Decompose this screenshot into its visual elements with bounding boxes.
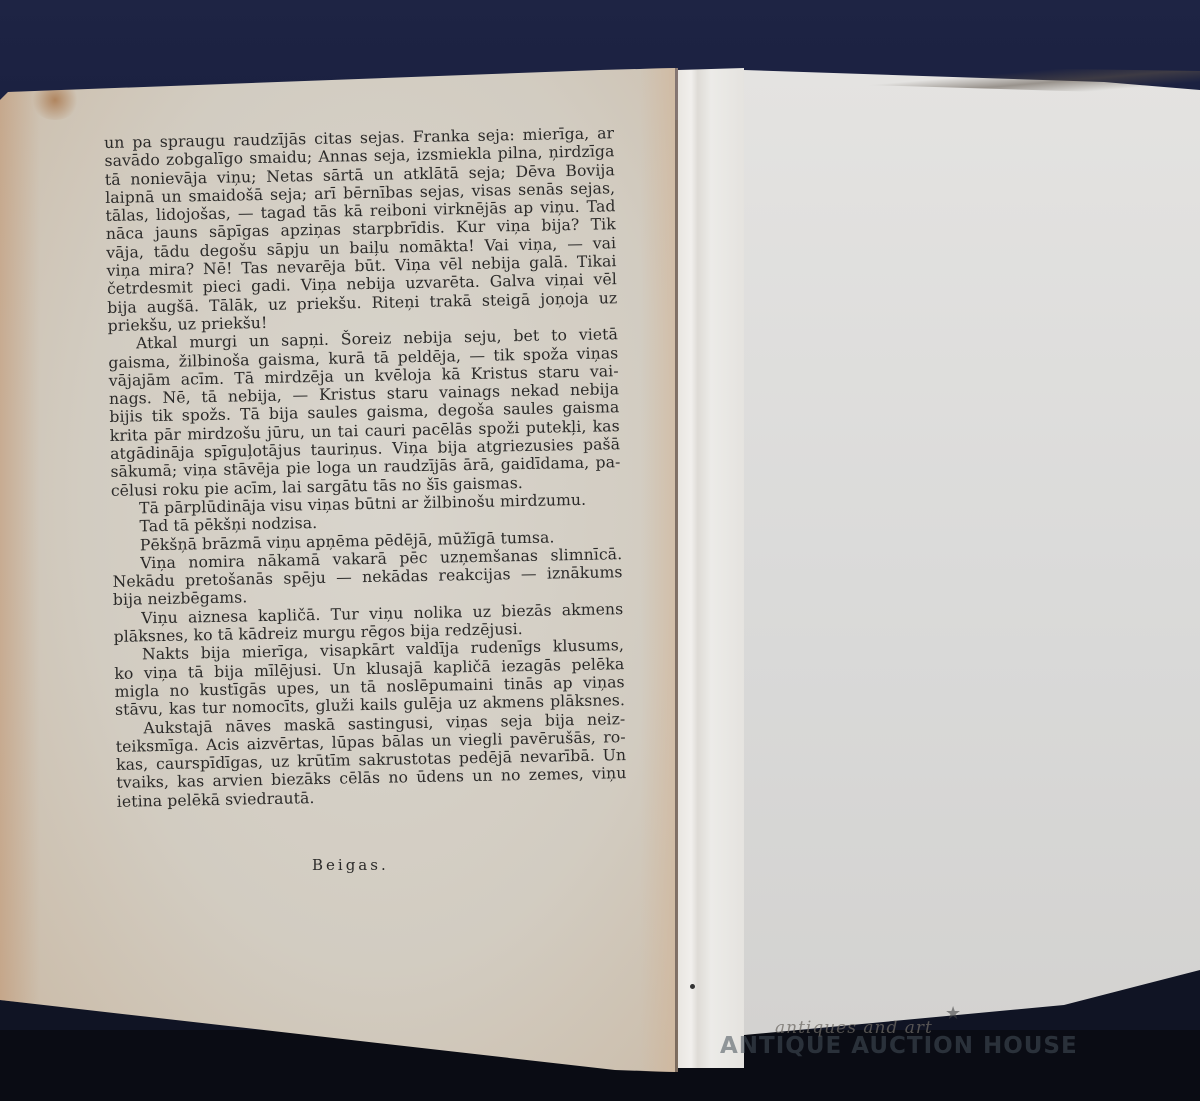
watermark-main-text: ANTIQUE AUCTION HOUSE — [720, 1033, 1078, 1059]
ending-text: Beigas. — [312, 856, 389, 874]
binding-hole — [690, 984, 695, 989]
gutter-shadow — [640, 68, 678, 1072]
right-page-blank — [744, 70, 1200, 1040]
star-icon: ★ — [945, 1003, 961, 1024]
page-text-body: un pa spraugu raudzījās citas sejas. Fra… — [104, 124, 627, 811]
spine-fold — [678, 68, 744, 1068]
